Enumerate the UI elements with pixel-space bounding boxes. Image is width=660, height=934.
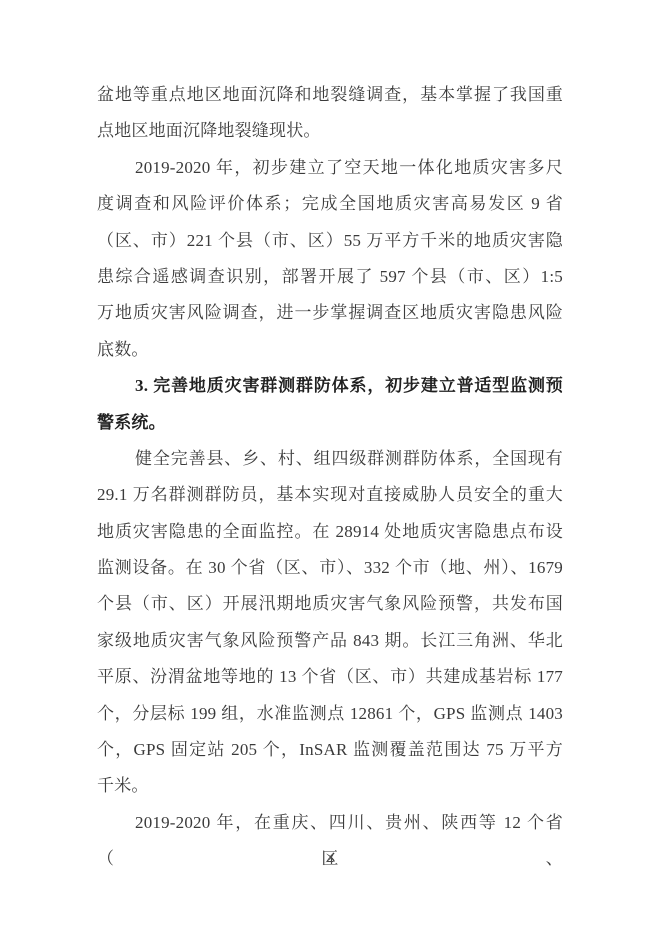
document-text-block: 盆地等重点地区地面沉降和地裂缝调查，基本掌握了我国重点地区地面沉降地裂缝现状。2… — [97, 77, 563, 841]
text-line: 29.1 万名群测群防员，基本实现对直接威胁人员安全的重大 — [97, 477, 563, 513]
heading-line: 警系统。 — [97, 405, 563, 441]
heading-line: 3. 完善地质灾害群测群防体系，初步建立普适型监测预 — [97, 368, 563, 404]
text-line: 健全完善县、乡、村、组四级群测群防体系，全国现有 — [97, 441, 563, 477]
text-line: 底数。 — [97, 332, 563, 368]
text-line: 个，分层标 199 组，水准监测点 12861 个，GPS 监测点 1403 — [97, 696, 563, 732]
text-line: 度调查和风险评价体系；完成全国地质灾害高易发区 9 省 — [97, 186, 563, 222]
text-line: 患综合遥感调查识别，部署开展了 597 个县（市、区）1:5 — [97, 259, 563, 295]
text-line: 万地质灾害风险调查，进一步掌握调查区地质灾害隐患风险 — [97, 295, 563, 331]
page-number: 4 — [97, 850, 563, 870]
text-line: 点地区地面沉降地裂缝现状。 — [97, 113, 563, 149]
text-line: 监测设备。在 30 个省（区、市）、332 个市（地、州）、1679 — [97, 550, 563, 586]
text-line: 盆地等重点地区地面沉降和地裂缝调查，基本掌握了我国重 — [97, 77, 563, 113]
text-line: 千米。 — [97, 768, 563, 804]
text-line: 平原、汾渭盆地等地的 13 个省（区、市）共建成基岩标 177 — [97, 659, 563, 695]
text-line: 2019-2020 年，在重庆、四川、贵州、陕西等 12 个省（区、 — [97, 805, 563, 841]
text-line: 2019-2020 年，初步建立了空天地一体化地质灾害多尺 — [97, 150, 563, 186]
text-line: 个县（市、区）开展汛期地质灾害气象风险预警，共发布国 — [97, 586, 563, 622]
text-line: 个，GPS 固定站 205 个，InSAR 监测覆盖范围达 75 万平方 — [97, 732, 563, 768]
text-line: 地质灾害隐患的全面监控。在 28914 处地质灾害隐患点布设 — [97, 514, 563, 550]
text-line: （区、市）221 个县（市、区）55 万平方千米的地质灾害隐 — [97, 223, 563, 259]
document-page: 盆地等重点地区地面沉降和地裂缝调查，基本掌握了我国重点地区地面沉降地裂缝现状。2… — [0, 0, 660, 934]
text-line: 家级地质灾害气象风险预警产品 843 期。长江三角洲、华北 — [97, 623, 563, 659]
